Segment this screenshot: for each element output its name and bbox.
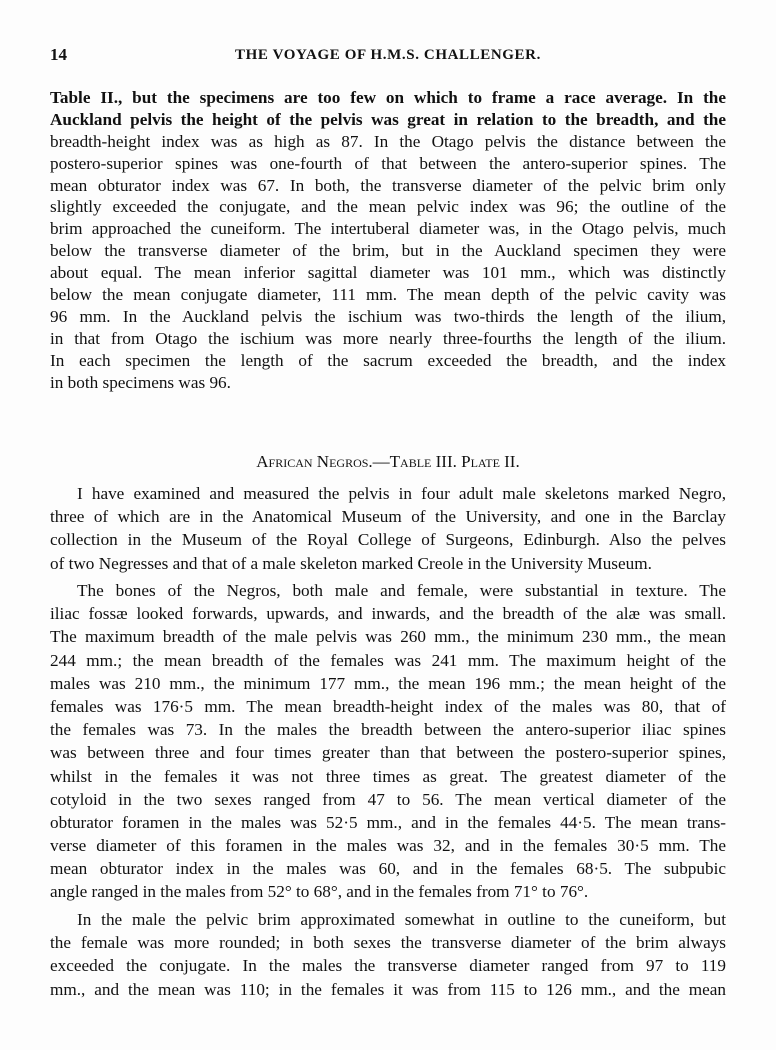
text-line: exceeded the conjugate. In the males the… — [50, 954, 726, 977]
paragraph-intro: I have examined and measured the pelvis … — [50, 482, 726, 575]
document-page: 14 THE VOYAGE OF H.M.S. CHALLENGER. Tabl… — [0, 0, 776, 1050]
text-line: verse diameter of this foramen in the ma… — [50, 834, 726, 857]
text-line: mm., and the mean was 110; in the female… — [50, 978, 726, 1001]
text-line: the females was 73. In the males the bre… — [50, 718, 726, 741]
text-line: mean obturator index was 67. In both, th… — [50, 175, 726, 197]
paragraph-brim: In the male the pelvic brim approximated… — [50, 908, 726, 1001]
text-line: cotyloid in the two sexes ranged from 47… — [50, 788, 726, 811]
text-line: in that from Otago the ischium was more … — [50, 328, 726, 350]
text-line: The bones of the Negros, both male and f… — [50, 579, 726, 602]
text-line: in both specimens was 96. — [50, 372, 726, 394]
text-line: obturator foramen in the males was 52·5 … — [50, 811, 726, 834]
text-line: mean obturator index in the males was 60… — [50, 857, 726, 880]
text-line: males was 210 mm., the minimum 177 mm., … — [50, 672, 726, 695]
text-line: In each specimen the length of the sacru… — [50, 350, 726, 372]
section-heading: African Negros.—Table III. Plate II. — [50, 450, 726, 474]
text-line: breadth-height index was as high as 87. … — [50, 131, 726, 153]
text-line: about equal. The mean inferior sagittal … — [50, 262, 726, 284]
text-line: brim approached the cuneiform. The inter… — [50, 218, 726, 240]
running-head: 14 THE VOYAGE OF H.M.S. CHALLENGER. — [50, 44, 726, 66]
text-line: below the transverse diameter of the bri… — [50, 240, 726, 262]
paragraph-bones: The bones of the Negros, both male and f… — [50, 579, 726, 904]
text-line: 96 mm. In the Auckland pelvis the ischiu… — [50, 306, 726, 328]
text-line: below the mean conjugate diameter, 111 m… — [50, 284, 726, 306]
text-line: The maximum breadth of the male pelvis w… — [50, 625, 726, 648]
text-line: I have examined and measured the pelvis … — [50, 482, 726, 505]
text-line: In the male the pelvic brim approximated… — [50, 908, 726, 931]
text-line: postero-superior spines was one-fourth o… — [50, 153, 726, 175]
text-line: iliac fossæ looked forwards, upwards, an… — [50, 602, 726, 625]
text-line: of two Negresses and that of a male skel… — [50, 552, 726, 575]
text-line: 244 mm.; the mean breadth of the females… — [50, 649, 726, 672]
text-line: angle ranged in the males from 52° to 68… — [50, 880, 726, 903]
text-line: Auckland pelvis the height of the pelvis… — [50, 109, 726, 131]
text-line: Table II., but the specimens are too few… — [50, 87, 726, 109]
text-line: slightly exceeded the conjugate, and the… — [50, 196, 726, 218]
text-line: three of which are in the Anatomical Mus… — [50, 505, 726, 528]
text-line: females was 176·5 mm. The mean breadth-h… — [50, 695, 726, 718]
running-title: THE VOYAGE OF H.M.S. CHALLENGER. — [50, 44, 726, 66]
text-line: the female was more rounded; in both sex… — [50, 931, 726, 954]
text-line: whilst in the females it was not three t… — [50, 765, 726, 788]
text-line: collection in the Museum of the Royal Co… — [50, 528, 726, 551]
paragraph-continuation: Table II., but the specimens are too few… — [50, 87, 726, 393]
text-line: was between three and four times greater… — [50, 741, 726, 764]
